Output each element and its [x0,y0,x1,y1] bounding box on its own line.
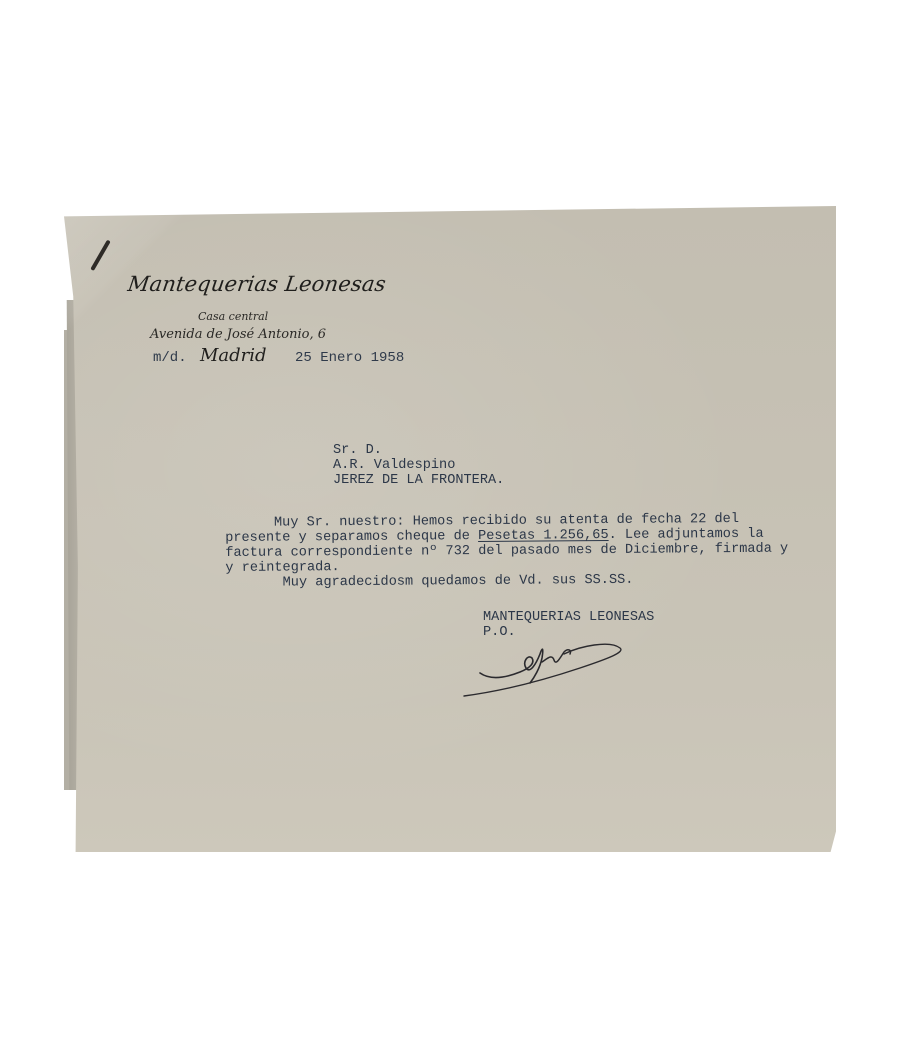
dateline-prefix: m/d. [153,350,187,366]
closing-company: MANTEQUERIAS LEONESAS [483,610,654,625]
dateline-date: 25 Enero 1958 [295,350,404,366]
letterhead-subtitle: Casa central [198,310,268,323]
letter-body: Muy Sr. nuestro: Hemos recibido su atent… [225,512,788,591]
cheque-amount: Pesetas 1.256,65 [478,528,609,544]
letterhead-address: Avenida de José Antonio, 6 [150,327,326,342]
addressee-salutation: Sr. D. [333,443,504,458]
addressee-name: A.R. Valdespino [333,458,504,473]
handwritten-signature [460,628,630,703]
body-line-2-post: . Lee adjuntamos la [609,527,764,543]
dateline-city: Madrid [200,345,267,366]
addressee-block: Sr. D.A.R. ValdespinoJEREZ DE LA FRONTER… [333,443,504,488]
letterhead-company: Mantequerias Leonesas [126,272,387,296]
addressee-city: JEREZ DE LA FRONTERA. [333,473,504,488]
